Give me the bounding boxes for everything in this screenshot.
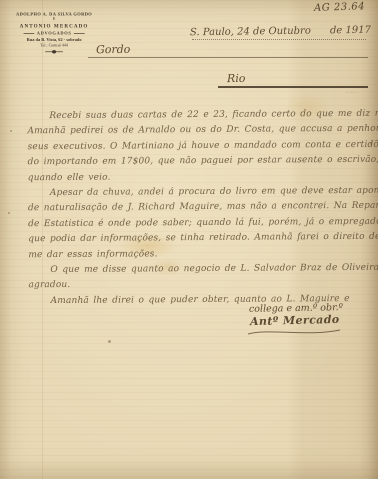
letterhead-ornament <box>45 51 63 53</box>
paper-speck <box>10 130 12 132</box>
destination-city: Rio <box>227 72 246 85</box>
letterhead-phone: Tel.: Central 444 <box>16 44 92 48</box>
salutation-rule-line <box>88 57 368 58</box>
letterhead-conjunction: E <box>16 17 92 21</box>
signature: Antº Mercado <box>250 313 340 328</box>
date-year: de 1917 <box>330 25 371 37</box>
date-place-day: S. Paulo, 24 de Outubro <box>190 26 311 39</box>
destination-rule-line <box>218 86 368 88</box>
letterhead: ADOLPHO A. DA SILVA GORDO E ANTONIO MERC… <box>16 12 92 53</box>
date-line: S. Paulo, 24 de Outubro de 1917 <box>190 25 372 39</box>
letterhead-address: Rua da B. Vista, 62 - sobrado <box>16 38 92 43</box>
letterhead-partner-2: ANTONIO MERCADO <box>16 23 92 29</box>
paper-speck <box>108 340 111 343</box>
date-rule-line <box>192 39 366 40</box>
letterhead-role: ADVOGADOS <box>16 31 92 36</box>
letter-body: Recebi suas duas cartas de 22 e 23, fica… <box>27 109 376 312</box>
letterhead-partner-1: ADOLPHO A. DA SILVA GORDO <box>16 12 92 17</box>
paper-speck <box>8 212 10 214</box>
form-print-mark: ····· <box>346 90 358 95</box>
letter-scan-page: AG 23.64 ADOLPHO A. DA SILVA GORDO E ANT… <box>0 0 378 479</box>
salutation: Gordo <box>96 43 131 57</box>
archive-annotation: AG 23.64 <box>314 1 365 14</box>
signature-flourish <box>246 327 342 337</box>
